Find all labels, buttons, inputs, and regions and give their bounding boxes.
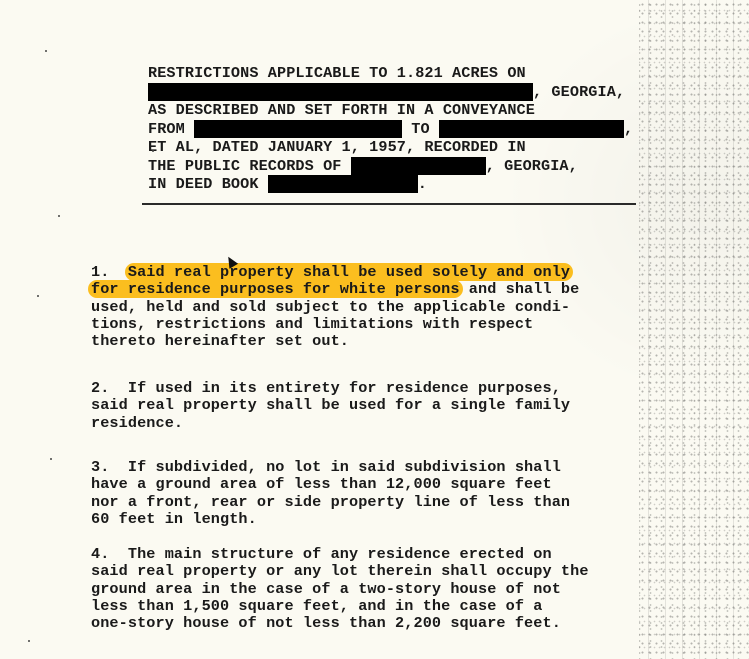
clause-line: less than 1,500 square feet, and in the …: [91, 598, 589, 615]
clause-line: for residence purposes for white persons…: [91, 281, 579, 298]
header-underline-rule: [142, 203, 636, 205]
clause-text: tions, restrictions and limitations with…: [91, 315, 533, 333]
scanned-document-page: RESTRICTIONS APPLICABLE TO 1.821 ACRES O…: [0, 0, 749, 659]
clause-text: 3. If subdivided, no lot in said subdivi…: [91, 458, 561, 476]
header-text: , GEORGIA,: [486, 157, 578, 175]
header-line: FROM TO ,: [148, 120, 640, 139]
speck: [37, 295, 39, 297]
clause-text: one-story house of not less than 2,200 s…: [91, 614, 561, 632]
clause-text: 4. The main structure of any residence e…: [91, 545, 552, 563]
clause-text: said real property or any lot therein sh…: [91, 562, 589, 580]
header-line: RESTRICTIONS APPLICABLE TO 1.821 ACRES O…: [148, 64, 640, 83]
header-text: FROM: [148, 120, 194, 138]
header-text: TO: [402, 120, 439, 138]
speck: [28, 640, 30, 642]
header-text: THE PUBLIC RECORDS OF: [148, 157, 351, 175]
header-text: , GEORGIA,: [533, 83, 625, 101]
header-line: , GEORGIA,: [148, 83, 640, 102]
clause-3: 3. If subdivided, no lot in said subdivi…: [91, 459, 570, 528]
clause-line: 2. If used in its entirety for residence…: [91, 380, 570, 397]
speck: [58, 215, 60, 217]
clause-text: said real property shall be used for a s…: [91, 396, 570, 414]
clause-text: nor a front, rear or side property line …: [91, 493, 570, 511]
clause-line: nor a front, rear or side property line …: [91, 494, 570, 511]
header-text: AS DESCRIBED AND SET FORTH IN A CONVEYAN…: [148, 101, 535, 119]
clause-line: said real property or any lot therein sh…: [91, 563, 589, 580]
header-line: THE PUBLIC RECORDS OF , GEORGIA,: [148, 157, 640, 176]
header-line: IN DEED BOOK .: [148, 175, 640, 194]
redaction-bar: [268, 175, 418, 193]
clause-text: 2. If used in its entirety for residence…: [91, 379, 561, 397]
clause-text: ground area in the case of a two-story h…: [91, 580, 561, 598]
clause-line: residence.: [91, 415, 570, 432]
redaction-bar: [439, 120, 624, 138]
clause-line: one-story house of not less than 2,200 s…: [91, 615, 589, 632]
clause-text: used, held and sold subject to the appli…: [91, 298, 570, 316]
header-text: ET AL, DATED JANUARY 1, 1957, RECORDED I…: [148, 138, 526, 156]
clause-text: and shall be: [460, 280, 580, 298]
clause-number: 1.: [91, 263, 128, 281]
header-text: ,: [624, 120, 633, 138]
clause-1: 1. Said real property shall be used sole…: [91, 264, 579, 350]
clause-text: have a ground area of less than 12,000 s…: [91, 475, 552, 493]
redaction-bar: [194, 120, 402, 138]
clause-line: used, held and sold subject to the appli…: [91, 299, 579, 316]
clause-line: 4. The main structure of any residence e…: [91, 546, 589, 563]
clause-line: thereto hereinafter set out.: [91, 333, 579, 350]
header-line: AS DESCRIBED AND SET FORTH IN A CONVEYAN…: [148, 101, 640, 120]
clause-line: 3. If subdivided, no lot in said subdivi…: [91, 459, 570, 476]
clause-line: 60 feet in length.: [91, 511, 570, 528]
clause-2: 2. If used in its entirety for residence…: [91, 380, 570, 432]
speck: [50, 458, 52, 460]
clause-line: tions, restrictions and limitations with…: [91, 316, 579, 333]
speck: [152, 150, 154, 152]
clause-line: said real property shall be used for a s…: [91, 397, 570, 414]
header-line: ET AL, DATED JANUARY 1, 1957, RECORDED I…: [148, 138, 640, 157]
clause-text: less than 1,500 square feet, and in the …: [91, 597, 543, 615]
clause-line: ground area in the case of a two-story h…: [91, 581, 589, 598]
highlighted-text: for residence purposes for white persons: [88, 280, 463, 298]
header-text: RESTRICTIONS APPLICABLE TO 1.821 ACRES O…: [148, 64, 526, 82]
clause-4: 4. The main structure of any residence e…: [91, 546, 589, 632]
clause-text: 60 feet in length.: [91, 510, 257, 528]
clause-text: thereto hereinafter set out.: [91, 332, 349, 350]
clause-text: residence.: [91, 414, 183, 432]
redaction-bar: [351, 157, 486, 175]
speck: [45, 50, 47, 52]
header-text: IN DEED BOOK: [148, 175, 268, 193]
clause-line: 1. Said real property shall be used sole…: [91, 264, 579, 281]
redaction-bar: [148, 83, 533, 101]
clause-line: have a ground area of less than 12,000 s…: [91, 476, 570, 493]
highlighted-text: Said real property shall be used solely …: [125, 263, 573, 281]
header-text: .: [418, 175, 427, 193]
document-header: RESTRICTIONS APPLICABLE TO 1.821 ACRES O…: [148, 64, 640, 194]
scan-streaks: [639, 0, 749, 659]
